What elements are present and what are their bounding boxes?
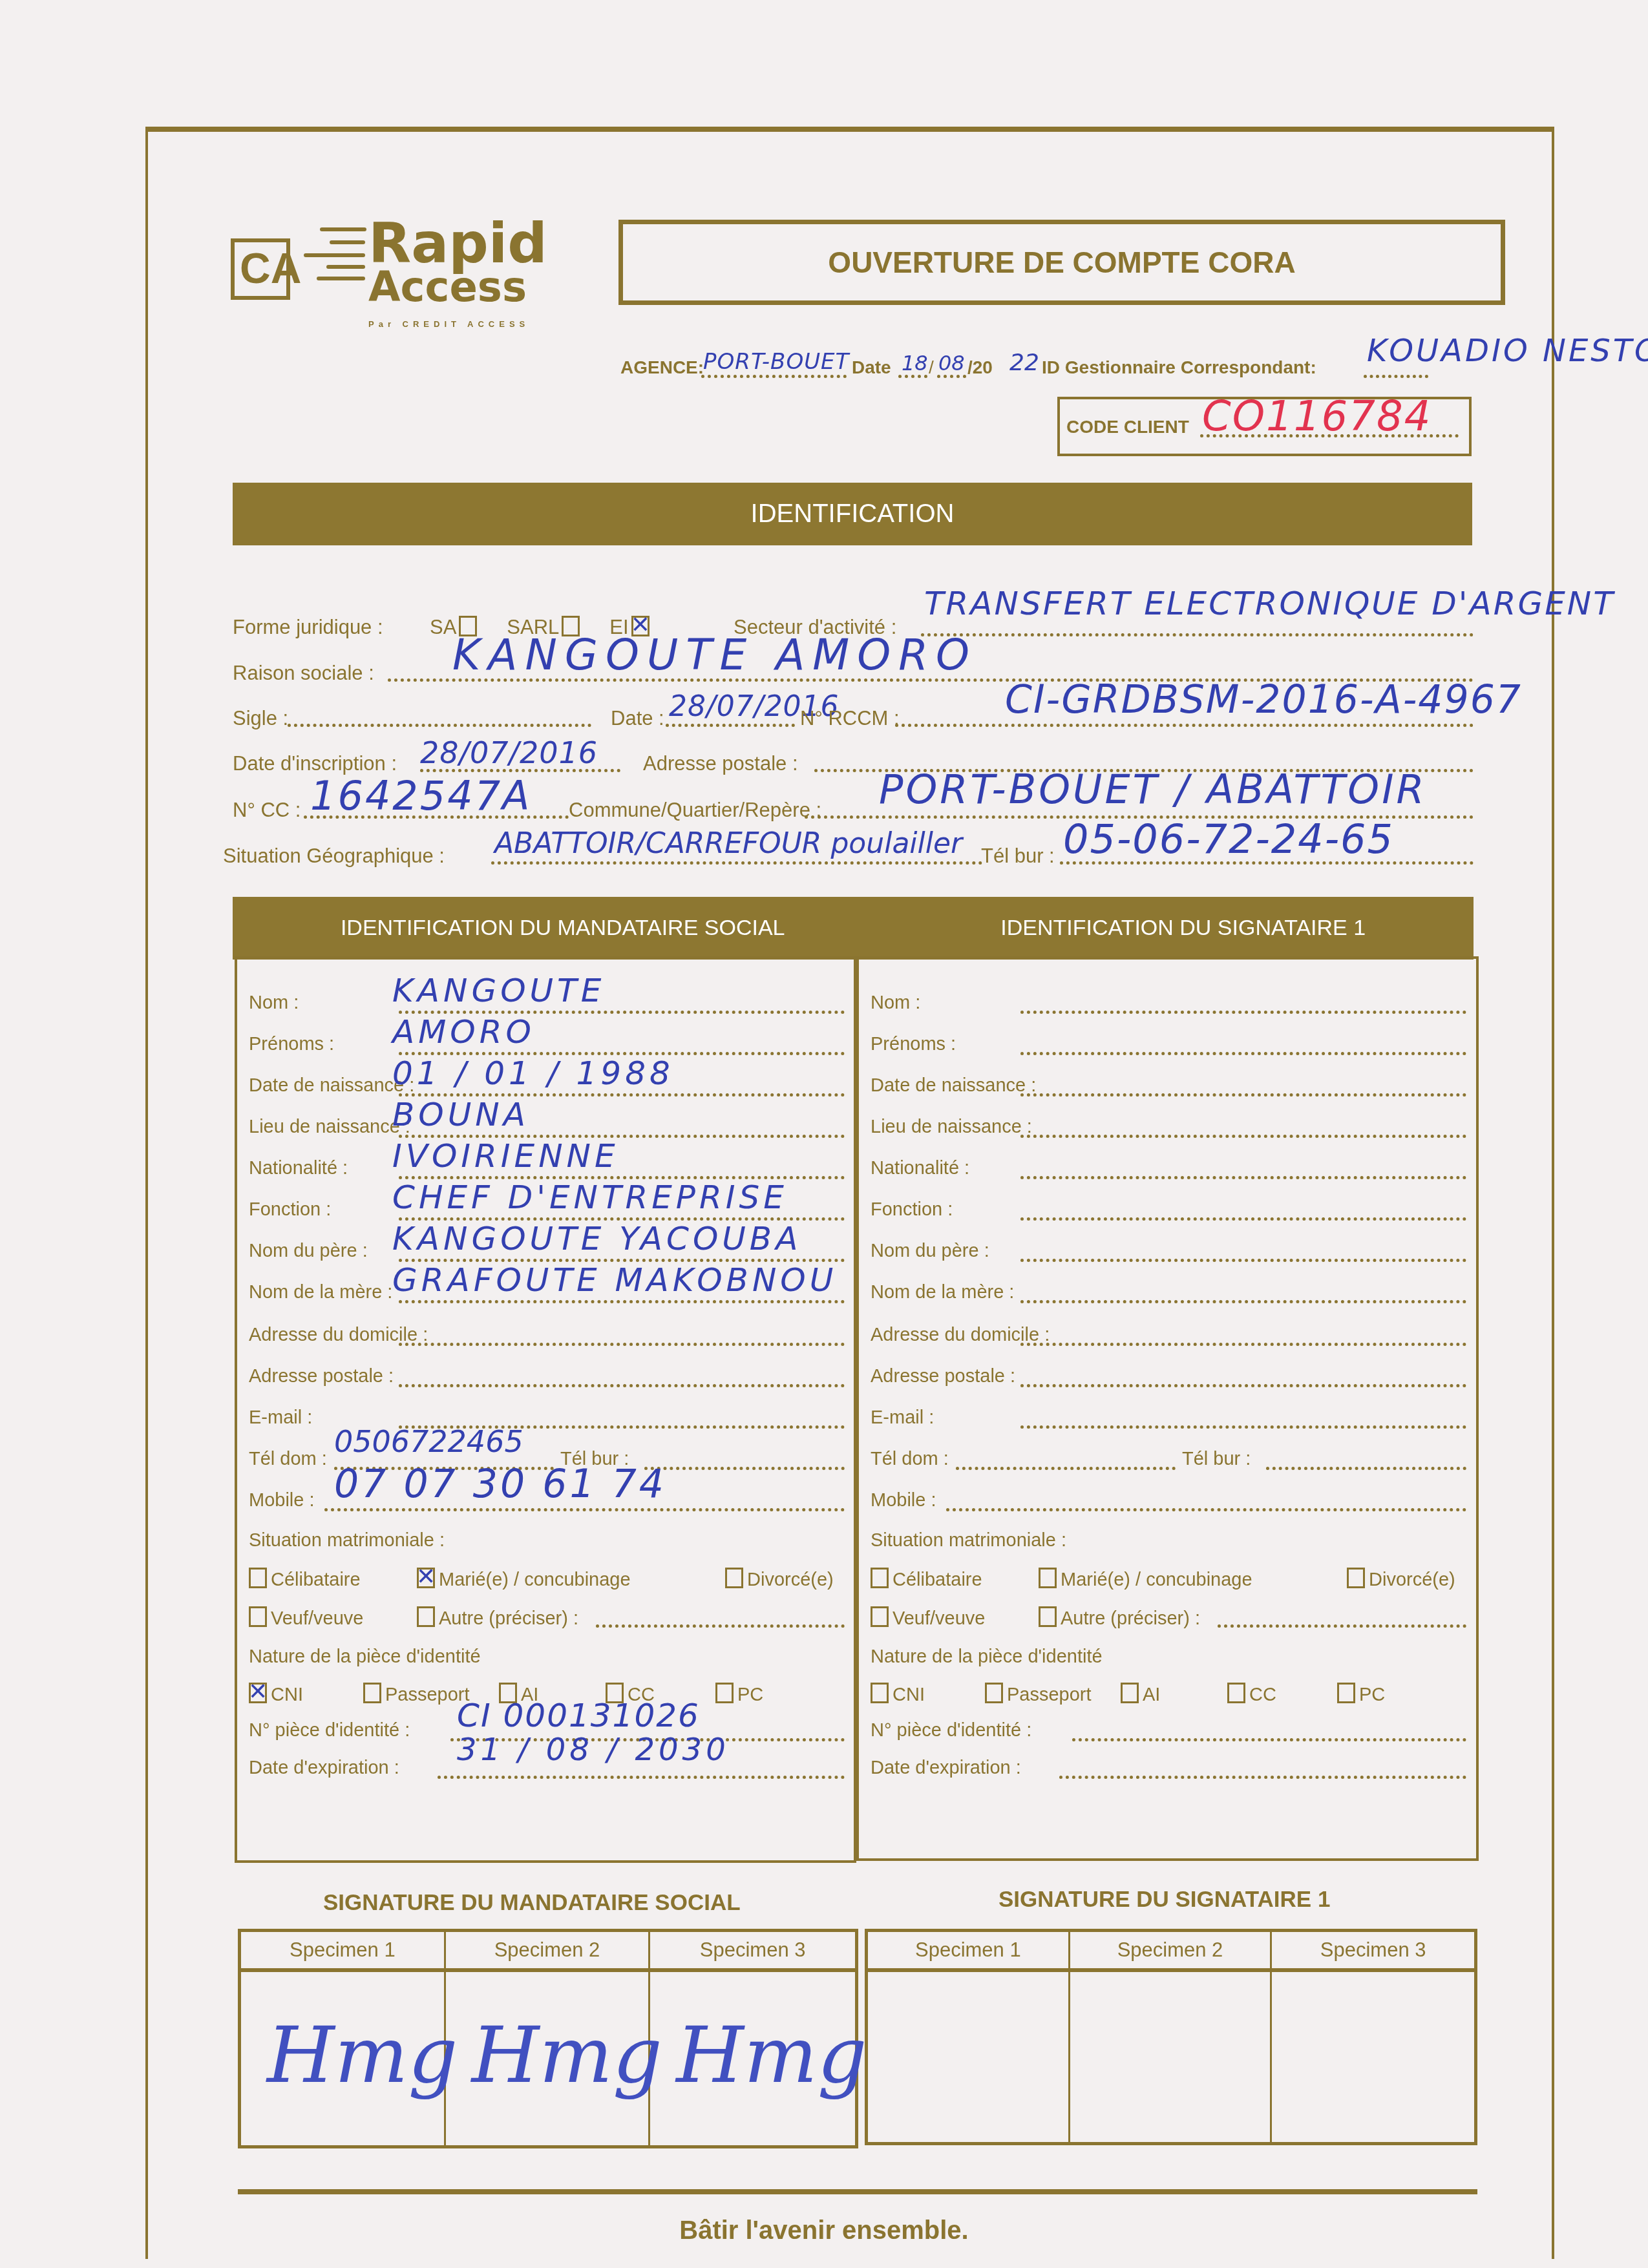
signataire-situation-option[interactable]: Célibataire	[871, 1568, 982, 1591]
gestionnaire-field[interactable]: KOUADIO NESTOR	[1367, 333, 1648, 369]
date-year-prefix: /20	[967, 357, 993, 378]
commune-field[interactable]: PORT-BOUET / ABATTOIR	[879, 766, 1427, 813]
situation-geo-field[interactable]: ABATTOIR/CARREFOUR poulailler	[494, 827, 962, 860]
signataire-email-label: E-mail :	[871, 1407, 934, 1429]
signataire-situation-label: Situation matrimoniale :	[871, 1530, 1066, 1551]
signataire-autre-line	[1218, 1624, 1466, 1628]
forme-juridique-label: Forme juridique :	[233, 616, 383, 639]
signataire-section-title: IDENTIFICATION DU SIGNATAIRE 1	[1000, 916, 1366, 941]
situation-option-label: Autre (préciser) :	[439, 1608, 578, 1629]
checkbox-icon[interactable]	[1039, 1568, 1057, 1588]
checkbox-icon[interactable]	[249, 1568, 267, 1588]
mandataire-adresse-postale-line	[399, 1384, 845, 1387]
mandataire-piece-option[interactable]: PC	[715, 1683, 763, 1706]
checkbox-icon[interactable]	[715, 1683, 734, 1703]
signataire-nom-pere-line	[1020, 1259, 1466, 1262]
mandataire-email-label: E-mail :	[249, 1407, 312, 1429]
signataire-piece-option[interactable]: CC	[1227, 1683, 1276, 1706]
mandataire-situation-option[interactable]: Autre (préciser) :	[417, 1606, 578, 1630]
checkbox-icon[interactable]	[417, 1606, 435, 1627]
checkbox-icon[interactable]	[249, 1606, 267, 1627]
mandataire-specimen-3-cell[interactable]: Hmg	[650, 1972, 855, 2145]
mandataire-tel-bur-line	[644, 1467, 845, 1470]
situation-option-label: Marié(e) / concubinage	[439, 1570, 631, 1590]
mandataire-tel-dom-field[interactable]: 0506722465	[334, 1424, 523, 1459]
mandataire-nom-mere-line	[399, 1300, 845, 1303]
mandataire-nom-field[interactable]: KANGOUTE	[392, 972, 605, 1009]
mandataire-nom-pere-field[interactable]: KANGOUTE YACOUBA	[392, 1220, 801, 1257]
mandataire-mobile-label: Mobile :	[249, 1490, 315, 1511]
mandataire-num-piece-label: N° pièce d'identité :	[249, 1720, 410, 1741]
signataire-situation-option[interactable]: Veuf/veuve	[871, 1606, 986, 1630]
agence-line	[701, 375, 847, 378]
signataire-adresse-postale-line	[1020, 1384, 1466, 1387]
signataire-num-piece-label: N° pièce d'identité :	[871, 1720, 1031, 1741]
piece-option-label: PC	[1359, 1685, 1385, 1705]
mandataire-date-naissance-label: Date de naissance :	[249, 1075, 414, 1097]
checkbox-icon[interactable]	[1337, 1683, 1355, 1703]
code-client-field[interactable]: CO116784	[1202, 393, 1431, 441]
checkbox-icon[interactable]	[1227, 1683, 1245, 1703]
checkbox-icon[interactable]	[725, 1568, 743, 1588]
mandataire-mobile-line	[324, 1508, 845, 1511]
agence-field[interactable]: PORT-BOUET	[703, 349, 849, 375]
mandataire-adresse-domicile-line	[399, 1343, 845, 1346]
signataire-date-expiration-label: Date d'expiration :	[871, 1758, 1021, 1779]
mandataire-situation-option[interactable]: Divorcé(e)	[725, 1568, 834, 1591]
situation-option-label: Divorcé(e)	[747, 1570, 834, 1590]
section-identification-header: IDENTIFICATION	[233, 483, 1472, 545]
signataire-nom-mere-label: Nom de la mère :	[871, 1282, 1014, 1303]
signataire-specimen-3-header: Specimen 3	[1272, 1932, 1474, 1972]
mandataire-panel: Nom :KANGOUTEPrénoms :AMORODate de naiss…	[235, 956, 856, 1863]
mandataire-specimen-2-cell[interactable]: Hmg	[446, 1972, 651, 2145]
mandataire-nationalite-field[interactable]: IVOIRIENNE	[392, 1137, 619, 1175]
situation-option-label: Autre (préciser) :	[1061, 1608, 1200, 1629]
speed-line	[330, 240, 365, 244]
signataire-nationalite-line	[1020, 1176, 1466, 1179]
signataire-specimen-1-cell[interactable]	[868, 1972, 1070, 2142]
signataire-num-piece-line	[1072, 1738, 1466, 1741]
sigle-line	[288, 724, 591, 727]
page-title: OUVERTURE DE COMPTE CORA	[618, 220, 1505, 305]
signataire-nom-pere-label: Nom du père :	[871, 1241, 989, 1262]
signataire-piece-label: Nature de la pièce d'identité	[871, 1646, 1103, 1668]
mandataire-specimen-3-header: Specimen 3	[650, 1932, 855, 1972]
signataire-signature-table: Specimen 1Specimen 2Specimen 3	[865, 1929, 1477, 2145]
agence-label: AGENCE:	[620, 357, 704, 378]
signataire-prenoms-line	[1020, 1052, 1466, 1055]
date-month-field[interactable]: 08	[938, 351, 965, 375]
situation-option-label: Veuf/veuve	[893, 1608, 986, 1629]
signataire-nom-line	[1020, 1011, 1466, 1014]
signataire-situation-option[interactable]: Divorcé(e)	[1347, 1568, 1455, 1591]
mandataire-nom-mere-field[interactable]: GRAFOUTE MAKOBNOU	[392, 1261, 837, 1299]
checkbox-icon[interactable]	[871, 1606, 889, 1627]
rccm-line	[895, 724, 1474, 727]
adresse-postale-label: Adresse postale :	[643, 752, 798, 775]
signataire-email-line	[1020, 1425, 1466, 1429]
checkbox-icon[interactable]	[871, 1683, 889, 1703]
brand-name-line2: Access	[368, 265, 527, 310]
mandataire-situation-option[interactable]: Veuf/veuve	[249, 1606, 364, 1630]
secteur-field[interactable]: TRANSFERT ELECTRONIQUE D'ARGENT	[924, 585, 1615, 622]
piece-option-label: PC	[737, 1685, 763, 1705]
signataire-prenoms-label: Prénoms :	[871, 1034, 956, 1055]
signataire-nom-mere-line	[1020, 1300, 1466, 1303]
situation-geo-line	[491, 861, 982, 865]
date-year-field[interactable]: 22	[1009, 350, 1039, 376]
identification-date-line	[666, 724, 795, 727]
secteur-line	[921, 633, 1474, 636]
signataire-date-naissance-label: Date de naissance :	[871, 1075, 1036, 1097]
tel-bur-field[interactable]: 05-06-72-24-65	[1063, 815, 1394, 863]
mandataire-piece-option[interactable]: Passeport	[363, 1683, 470, 1706]
brand-tagline: Par CREDIT ACCESS	[368, 319, 529, 329]
mandataire-nom-label: Nom :	[249, 992, 299, 1014]
mandataire-signature-table: Specimen 1Specimen 2Specimen 3HmgHmgHmg	[238, 1929, 858, 2148]
signataire-adresse-domicile-line	[1020, 1343, 1466, 1346]
raison-sociale-label: Raison sociale :	[233, 662, 374, 685]
code-client-label: CODE CLIENT	[1066, 417, 1189, 437]
signataire-fonction-label: Fonction :	[871, 1199, 953, 1221]
mandataire-lieu-naissance-label: Lieu de naissance :	[249, 1117, 410, 1138]
signataire-fonction-line	[1020, 1217, 1466, 1221]
signataire-piece-option[interactable]: PC	[1337, 1683, 1385, 1706]
mandataire-section-title: IDENTIFICATION DU MANDATAIRE SOCIAL	[341, 916, 785, 941]
situation-option-label: Veuf/veuve	[271, 1608, 364, 1629]
signataire-specimen-2-cell[interactable]	[1070, 1972, 1273, 2142]
signataire-nationalite-label: Nationalité :	[871, 1158, 969, 1179]
speed-line	[317, 277, 365, 280]
mandataire-mobile-field[interactable]: 07 07 30 61 74	[334, 1462, 666, 1507]
handwritten-signature-icon: Hmg	[267, 2011, 458, 2101]
checkbox-icon[interactable]	[363, 1683, 381, 1703]
mandataire-signature-title: SIGNATURE DU MANDATAIRE SOCIAL	[323, 1890, 741, 1916]
mandataire-tel-dom-label: Tél dom :	[249, 1449, 327, 1470]
credit-access-logo-icon: CA	[231, 238, 290, 300]
signataire-specimen-1-header: Specimen 1	[868, 1932, 1070, 1972]
identification-date-label: Date :	[611, 707, 664, 730]
signataire-adresse-postale-label: Adresse postale :	[871, 1366, 1015, 1387]
mandataire-prenoms-label: Prénoms :	[249, 1034, 334, 1055]
signataire-date-naissance-line	[1020, 1093, 1466, 1097]
gestionnaire-line	[1364, 375, 1428, 378]
rccm-field[interactable]: CI-GRDBSM-2016-A-4967	[1005, 677, 1522, 722]
signataire-tel-dom-label: Tél dom :	[871, 1449, 949, 1470]
section-parties-header: IDENTIFICATION DU MANDATAIRE SOCIAL IDEN…	[233, 897, 1474, 960]
ncc-field[interactable]: 1642547A	[310, 772, 532, 819]
mandataire-specimen-1-cell[interactable]: Hmg	[241, 1972, 446, 2145]
signataire-tel-bur-line	[1266, 1467, 1466, 1470]
mandataire-situation-option[interactable]: Célibataire	[249, 1568, 361, 1591]
situation-option-label: Célibataire	[893, 1570, 982, 1590]
raison-sociale-field[interactable]: KANGOUTE AMORO	[452, 630, 977, 680]
signataire-mobile-label: Mobile :	[871, 1490, 936, 1511]
mandataire-date-expiration-line	[438, 1776, 845, 1779]
checkbox-icon[interactable]	[1347, 1568, 1365, 1588]
signataire-piece-option[interactable]: CNI	[871, 1683, 925, 1706]
signataire-piece-option[interactable]: Passeport	[985, 1683, 1092, 1706]
signataire-tel-dom-line	[956, 1467, 1176, 1470]
signataire-situation-option[interactable]: Autre (préciser) :	[1039, 1606, 1200, 1630]
mandataire-date-naissance-field[interactable]: 01 / 01 / 1988	[392, 1055, 674, 1092]
mandataire-date-expiration-field[interactable]: 31 / 08 / 2030	[457, 1732, 730, 1768]
situation-option-label: Divorcé(e)	[1369, 1570, 1455, 1590]
piece-option-label: Passeport	[1007, 1685, 1092, 1705]
mandataire-situation-label: Situation matrimoniale :	[249, 1530, 445, 1551]
mandataire-nom-pere-label: Nom du père :	[249, 1241, 368, 1262]
speed-lines-icon	[320, 227, 366, 231]
signataire-piece-option[interactable]: AI	[1121, 1683, 1160, 1706]
date-day-field[interactable]: 18	[902, 351, 928, 375]
speed-line	[326, 265, 365, 269]
checkbox-icon[interactable]	[985, 1683, 1003, 1703]
mandataire-num-piece-field[interactable]: CI 000131026	[457, 1697, 700, 1734]
mandataire-situation-option[interactable]: Marié(e) / concubinage	[417, 1568, 631, 1591]
handwritten-signature-icon: Hmg	[676, 2011, 867, 2101]
signataire-date-expiration-line	[1059, 1776, 1466, 1779]
mandataire-specimen-1-header: Specimen 1	[241, 1932, 446, 1972]
mandataire-adresse-postale-label: Adresse postale :	[249, 1366, 394, 1387]
checkbox-icon[interactable]	[871, 1568, 889, 1588]
checkbox-checked-icon[interactable]	[417, 1568, 435, 1588]
date-label: Date	[852, 357, 891, 378]
signataire-specimen-2-header: Specimen 2	[1070, 1932, 1273, 1972]
footer-slogan: Bâtir l'avenir ensemble.	[0, 2216, 1648, 2245]
speed-line	[304, 253, 365, 257]
signataire-panel: Nom :Prénoms :Date de naissance :Lieu de…	[856, 956, 1479, 1861]
handwritten-signature-icon: Hmg	[472, 2011, 662, 2101]
signataire-mobile-line	[946, 1508, 1466, 1511]
mandataire-prenoms-field[interactable]: AMORO	[392, 1013, 535, 1051]
mandataire-date-expiration-label: Date d'expiration :	[249, 1758, 399, 1779]
signataire-lieu-naissance-line	[1020, 1135, 1466, 1138]
signataire-specimen-3-cell[interactable]	[1272, 1972, 1474, 2142]
situation-option-label: Marié(e) / concubinage	[1061, 1570, 1252, 1590]
piece-option-label: CNI	[893, 1685, 925, 1705]
mandataire-lieu-naissance-field[interactable]: BOUNA	[392, 1096, 529, 1133]
signataire-nom-label: Nom :	[871, 992, 920, 1014]
signataire-signature-title: SIGNATURE DU SIGNATAIRE 1	[998, 1887, 1330, 1913]
mandataire-nom-mere-label: Nom de la mère :	[249, 1282, 392, 1303]
footer-divider	[238, 2189, 1477, 2194]
tel-bur-label: Tél bur :	[981, 845, 1055, 868]
mandataire-fonction-label: Fonction :	[249, 1199, 331, 1221]
date-inscription-field[interactable]: 28/07/2016	[420, 735, 598, 770]
ncc-label: N° CC :	[233, 799, 301, 822]
checkbox-icon[interactable]	[1121, 1683, 1139, 1703]
piece-option-label: CC	[1249, 1685, 1276, 1705]
signataire-tel-bur-label: Tél bur :	[1182, 1449, 1251, 1470]
mandataire-specimen-2-header: Specimen 2	[446, 1932, 651, 1972]
piece-option-label: CNI	[271, 1685, 303, 1705]
mandataire-fonction-field[interactable]: CHEF D'ENTREPRISE	[392, 1179, 788, 1216]
checkbox-checked-icon[interactable]	[249, 1683, 267, 1703]
rccm-label: N° RCCM :	[800, 707, 900, 730]
mandataire-nationalite-label: Nationalité :	[249, 1158, 348, 1179]
piece-option-label: AI	[1143, 1685, 1160, 1705]
situation-option-label: Célibataire	[271, 1570, 361, 1590]
mandataire-piece-option[interactable]: CNI	[249, 1683, 303, 1706]
signataire-lieu-naissance-label: Lieu de naissance :	[871, 1117, 1032, 1138]
checkbox-icon[interactable]	[1039, 1606, 1057, 1627]
situation-geo-label: Situation Géographique :	[223, 845, 445, 868]
signataire-situation-option[interactable]: Marié(e) / concubinage	[1039, 1568, 1252, 1591]
mandataire-autre-line	[596, 1624, 845, 1628]
commune-label: Commune/Quartier/Repère :	[569, 799, 821, 822]
gestionnaire-label: ID Gestionnaire Correspondant:	[1042, 357, 1316, 378]
date-sep: /	[929, 357, 934, 378]
sigle-label: Sigle :	[233, 707, 288, 730]
mandataire-piece-label: Nature de la pièce d'identité	[249, 1646, 481, 1668]
